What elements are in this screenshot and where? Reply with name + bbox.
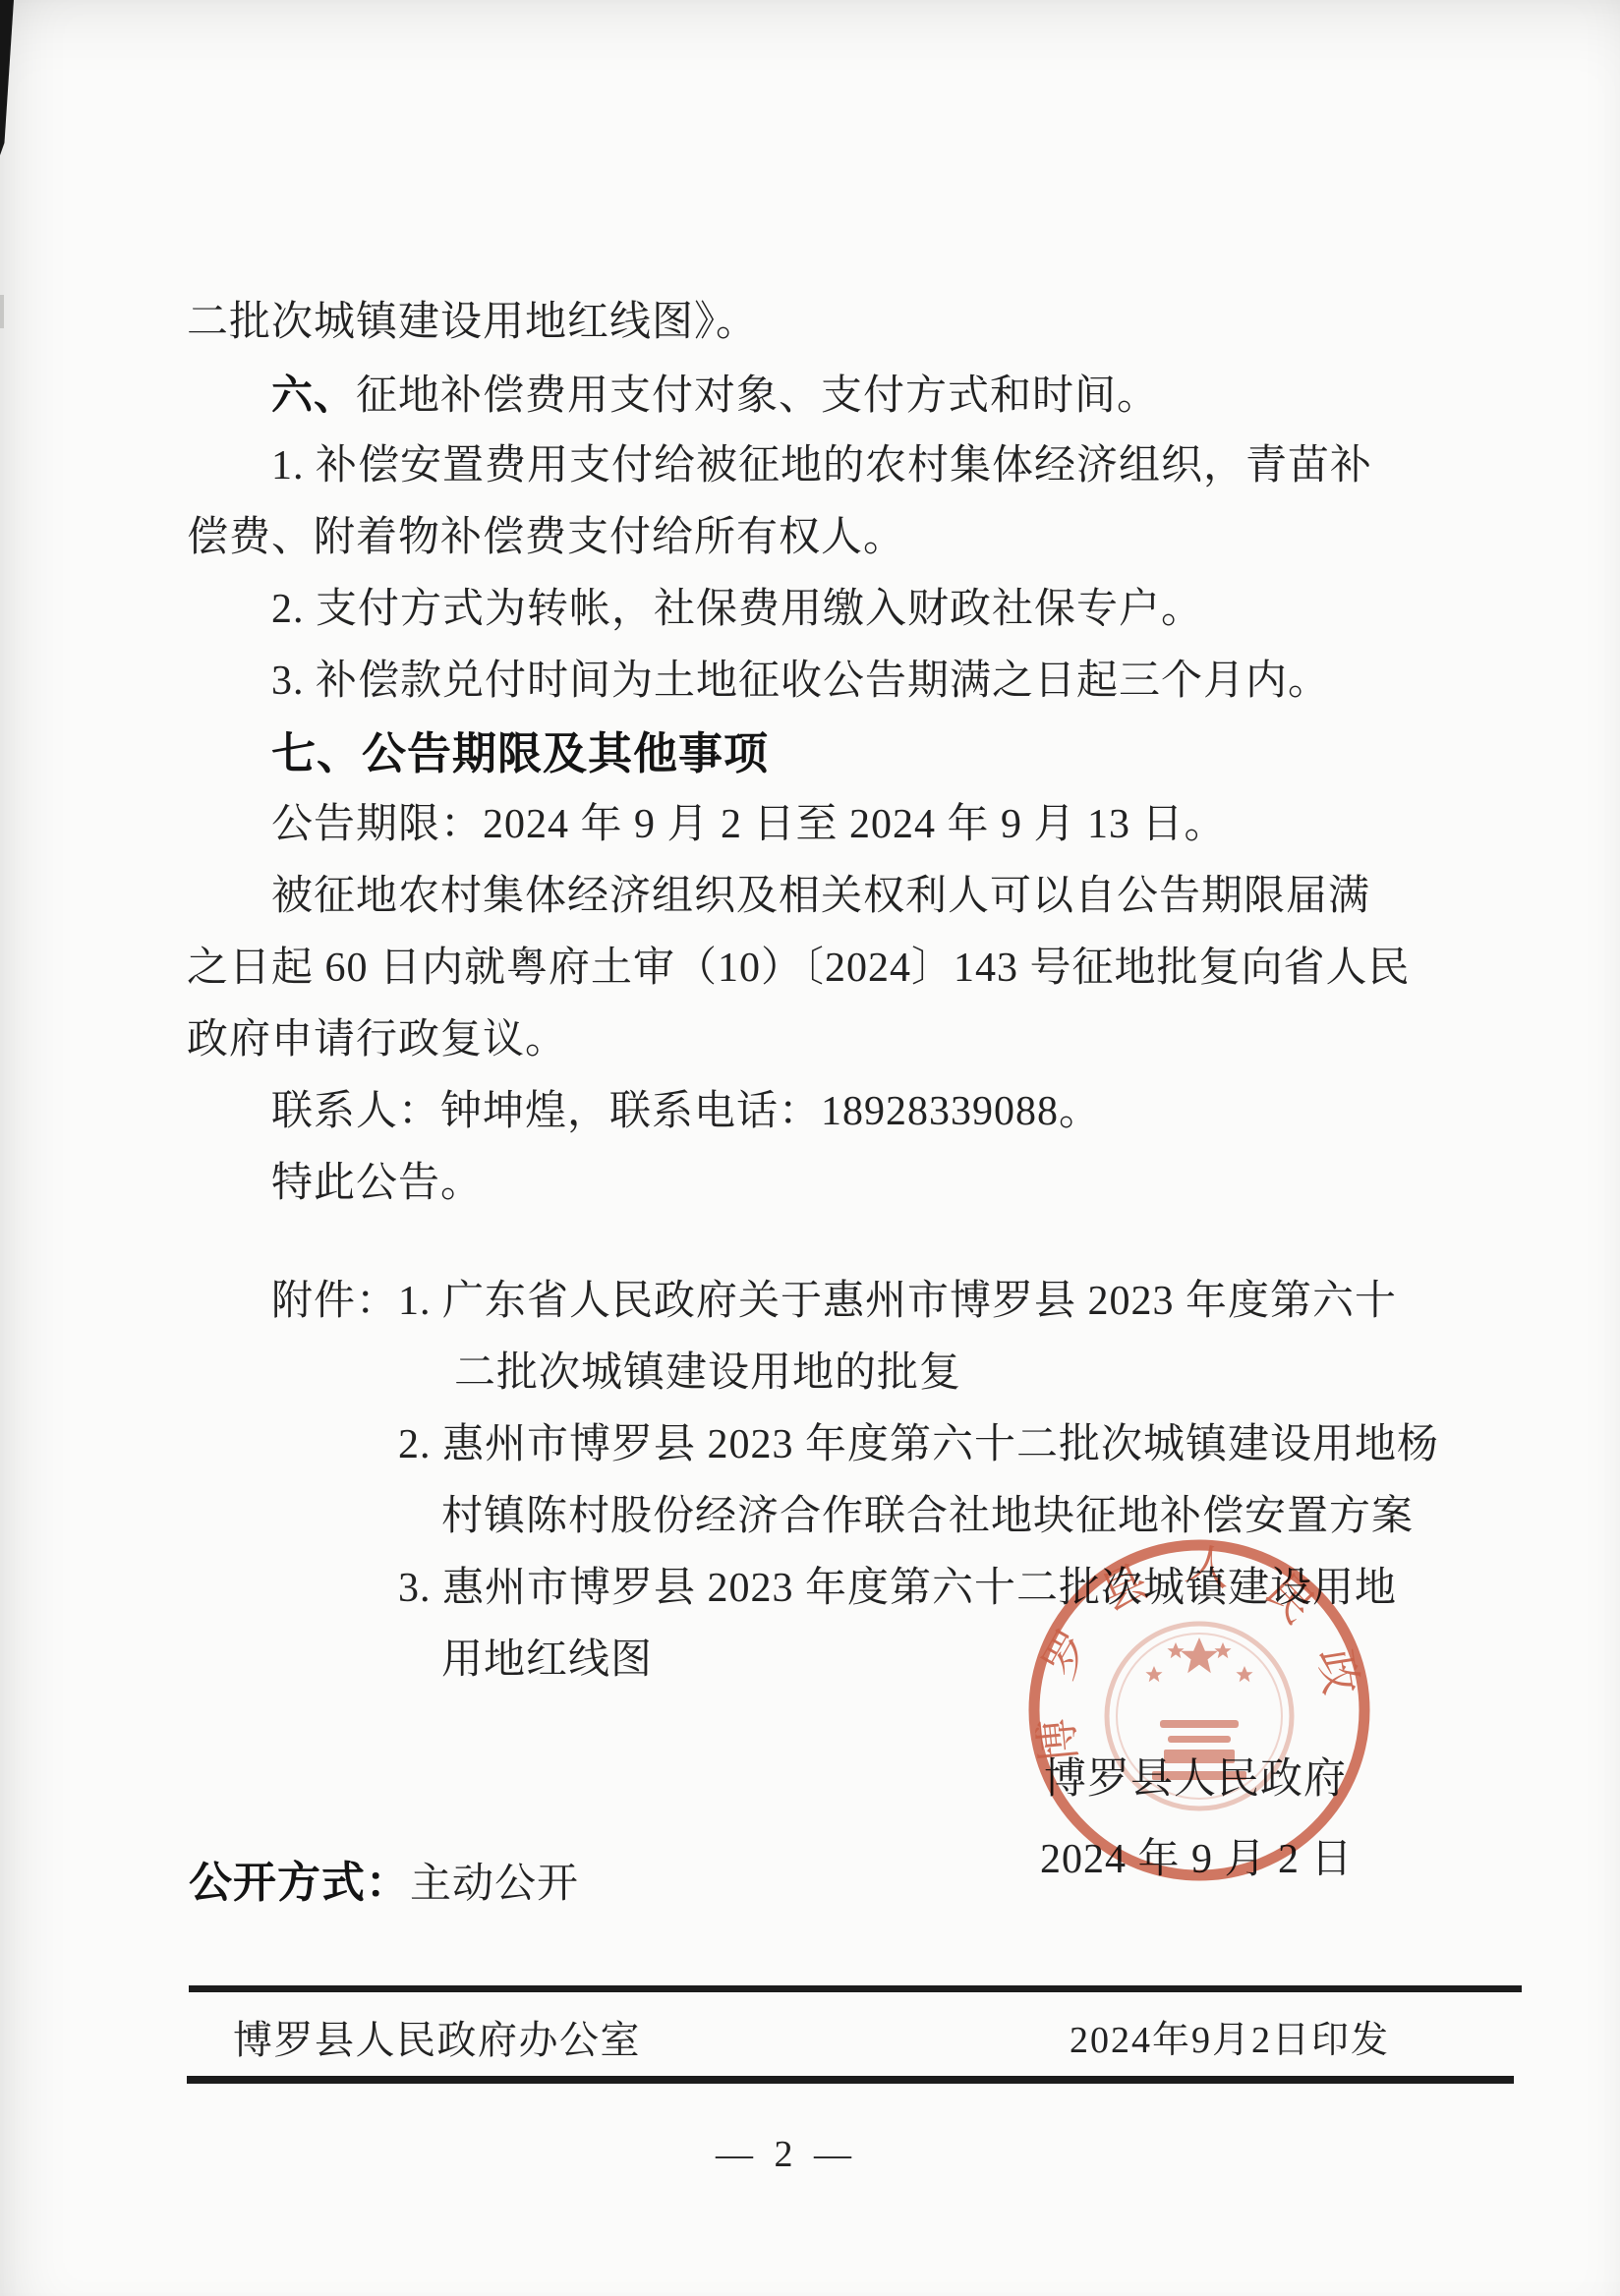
appeal-line1: 被征地农村集体经济组织及相关权利人可以自公告期限届满 — [271, 873, 1370, 922]
notice-period-line: 公告期限：2024 年 9 月 2 日至 2024 年 9 月 13 日。 — [271, 801, 1227, 850]
signature-issuer: 博罗县人民政府 — [1044, 1755, 1347, 1806]
contact-line: 联系人：钟坤煌，联系电话：18928339088。 — [271, 1088, 1101, 1137]
footer-rule-top — [189, 1985, 1522, 1992]
signature-date: 2024 年 9 月 2 日 — [1040, 1836, 1354, 1885]
appeal-line2: 之日起 60 日内就粤府土审（10）〔2024〕143 号征地批复向省人民 — [187, 945, 1411, 994]
item3-line: 3. 补偿款兑付时间为土地征收公告期满之日起三个月内。 — [271, 658, 1330, 707]
attachment2-line1: 2. 惠州市博罗县 2023 年度第六十二批次城镇建设用地杨 — [398, 1421, 1439, 1470]
publicity-method-label: 公开方式： — [189, 1859, 410, 1907]
footer-rule-bottom — [187, 2076, 1514, 2084]
attachment3-line2: 用地红线图 — [441, 1636, 653, 1686]
item1-line1: 1. 补偿安置费用支付给被征地的农村集体经济组织，青苗补 — [271, 442, 1372, 491]
body-line-continuation: 二批次城镇建设用地红线图》。 — [187, 299, 758, 348]
attachment1-line2: 二批次城镇建设用地的批复 — [454, 1349, 961, 1399]
section6-number: 六、 — [271, 372, 356, 418]
document-page: 二批次城镇建设用地红线图》。 六、征地补偿费用支付对象、支付方式和时间。 1. … — [0, 0, 1620, 2296]
page-number: — 2 — — [629, 2133, 944, 2177]
item2-line: 2. 支付方式为转帐，社保费用缴入财政社保专户。 — [271, 586, 1203, 635]
publicity-method-value: 主动公开 — [410, 1862, 579, 1907]
section6-title: 征地补偿费用支付对象、支付方式和时间。 — [356, 373, 1159, 419]
attachment1-line1: 附件：1. 广东省人民政府关于惠州市博罗县 2023 年度第六十 — [271, 1278, 1397, 1327]
footer-office-name: 博罗县人民政府办公室 — [233, 2017, 641, 2063]
closing-line: 特此公告。 — [271, 1160, 483, 1209]
attachment3-line1: 3. 惠州市博罗县 2023 年度第六十二批次城镇建设用地 — [398, 1565, 1397, 1614]
section7-heading: 七、公告期限及其他事项 — [271, 727, 769, 779]
scan-corner-artifact — [0, 0, 14, 155]
publicity-method: 公开方式：主动公开 — [189, 1858, 579, 1910]
footer-print-date: 2024年9月2日印发 — [1070, 2019, 1390, 2063]
appeal-line3: 政府申请行政复议。 — [187, 1016, 567, 1065]
item1-line2: 偿费、附着物补偿费支付给所有权人。 — [187, 514, 905, 563]
section6-heading: 六、征地补偿费用支付对象、支付方式和时间。 — [271, 371, 1159, 422]
attachment2-line2: 村镇陈村股份经济合作联合社地块征地补偿安置方案 — [441, 1493, 1414, 1542]
scan-edge-speck — [0, 295, 4, 328]
